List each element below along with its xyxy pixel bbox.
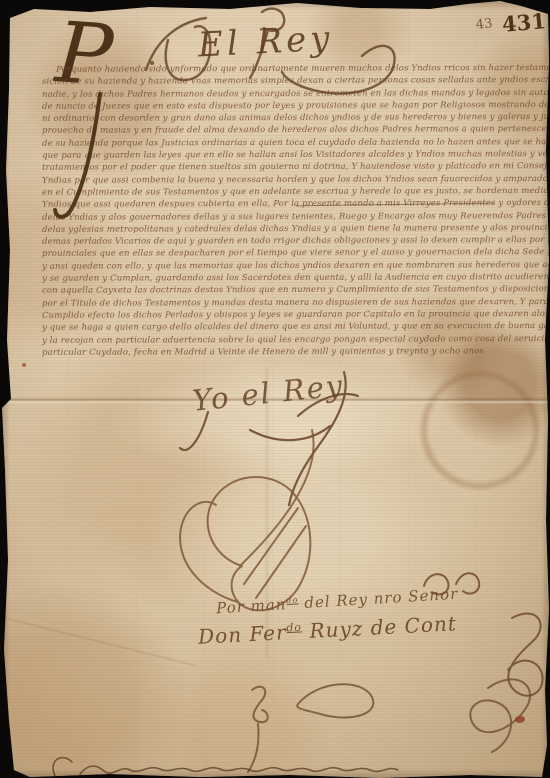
manuscript-body-text: Porquanto hauiendo sido ynformado que or… [42,63,528,358]
diagonal-crease [0,615,197,667]
body-line: sicion de su hazienda y hazienda vnas me… [42,74,528,88]
countersignature-line2: Don Ferdo Ruyz de Cont [198,611,458,649]
royal-signature: Yo el Rey [191,368,346,418]
foxing-spot [22,363,26,367]
body-line: particular Cuydado, fecha en Madrid a Ve… [42,345,528,359]
body-line: y que se haga a quien cargo dello alcald… [42,320,528,334]
countersignature-line1-suffix: del Rey nro Senor [298,585,459,613]
vertical-crease [266,368,268,658]
manuscript-paper: P El Rey 43 431 Porquanto hauiendo sido … [0,0,550,778]
countersignature-line1-prefix: Por man [216,595,287,617]
heading-el-rey: El Rey [197,18,334,65]
countersignature-line2-prefix: Don Fer [198,620,288,649]
photograph-of-manuscript: P El Rey 43 431 Porquanto hauiendo sido … [0,0,550,778]
countersignature-line1-superscript: do [286,594,299,605]
center-rubric-flourish [180,430,314,610]
countersignature-line2-superscript: do [286,621,302,635]
body-line: Yndios que assi quedaren despues cubiert… [42,197,528,211]
bottom-trimmed-line [53,758,398,776]
folio-number-small: 43 [475,16,493,33]
bottom-flourishes [248,679,530,772]
folio-number-large: 431 [501,8,547,37]
countersignature-line2-suffix: Ruyz de Cont [302,611,458,643]
body-line: con aquella Cayxeta las doctrinas destos… [42,283,528,297]
ink-blot [515,716,525,723]
